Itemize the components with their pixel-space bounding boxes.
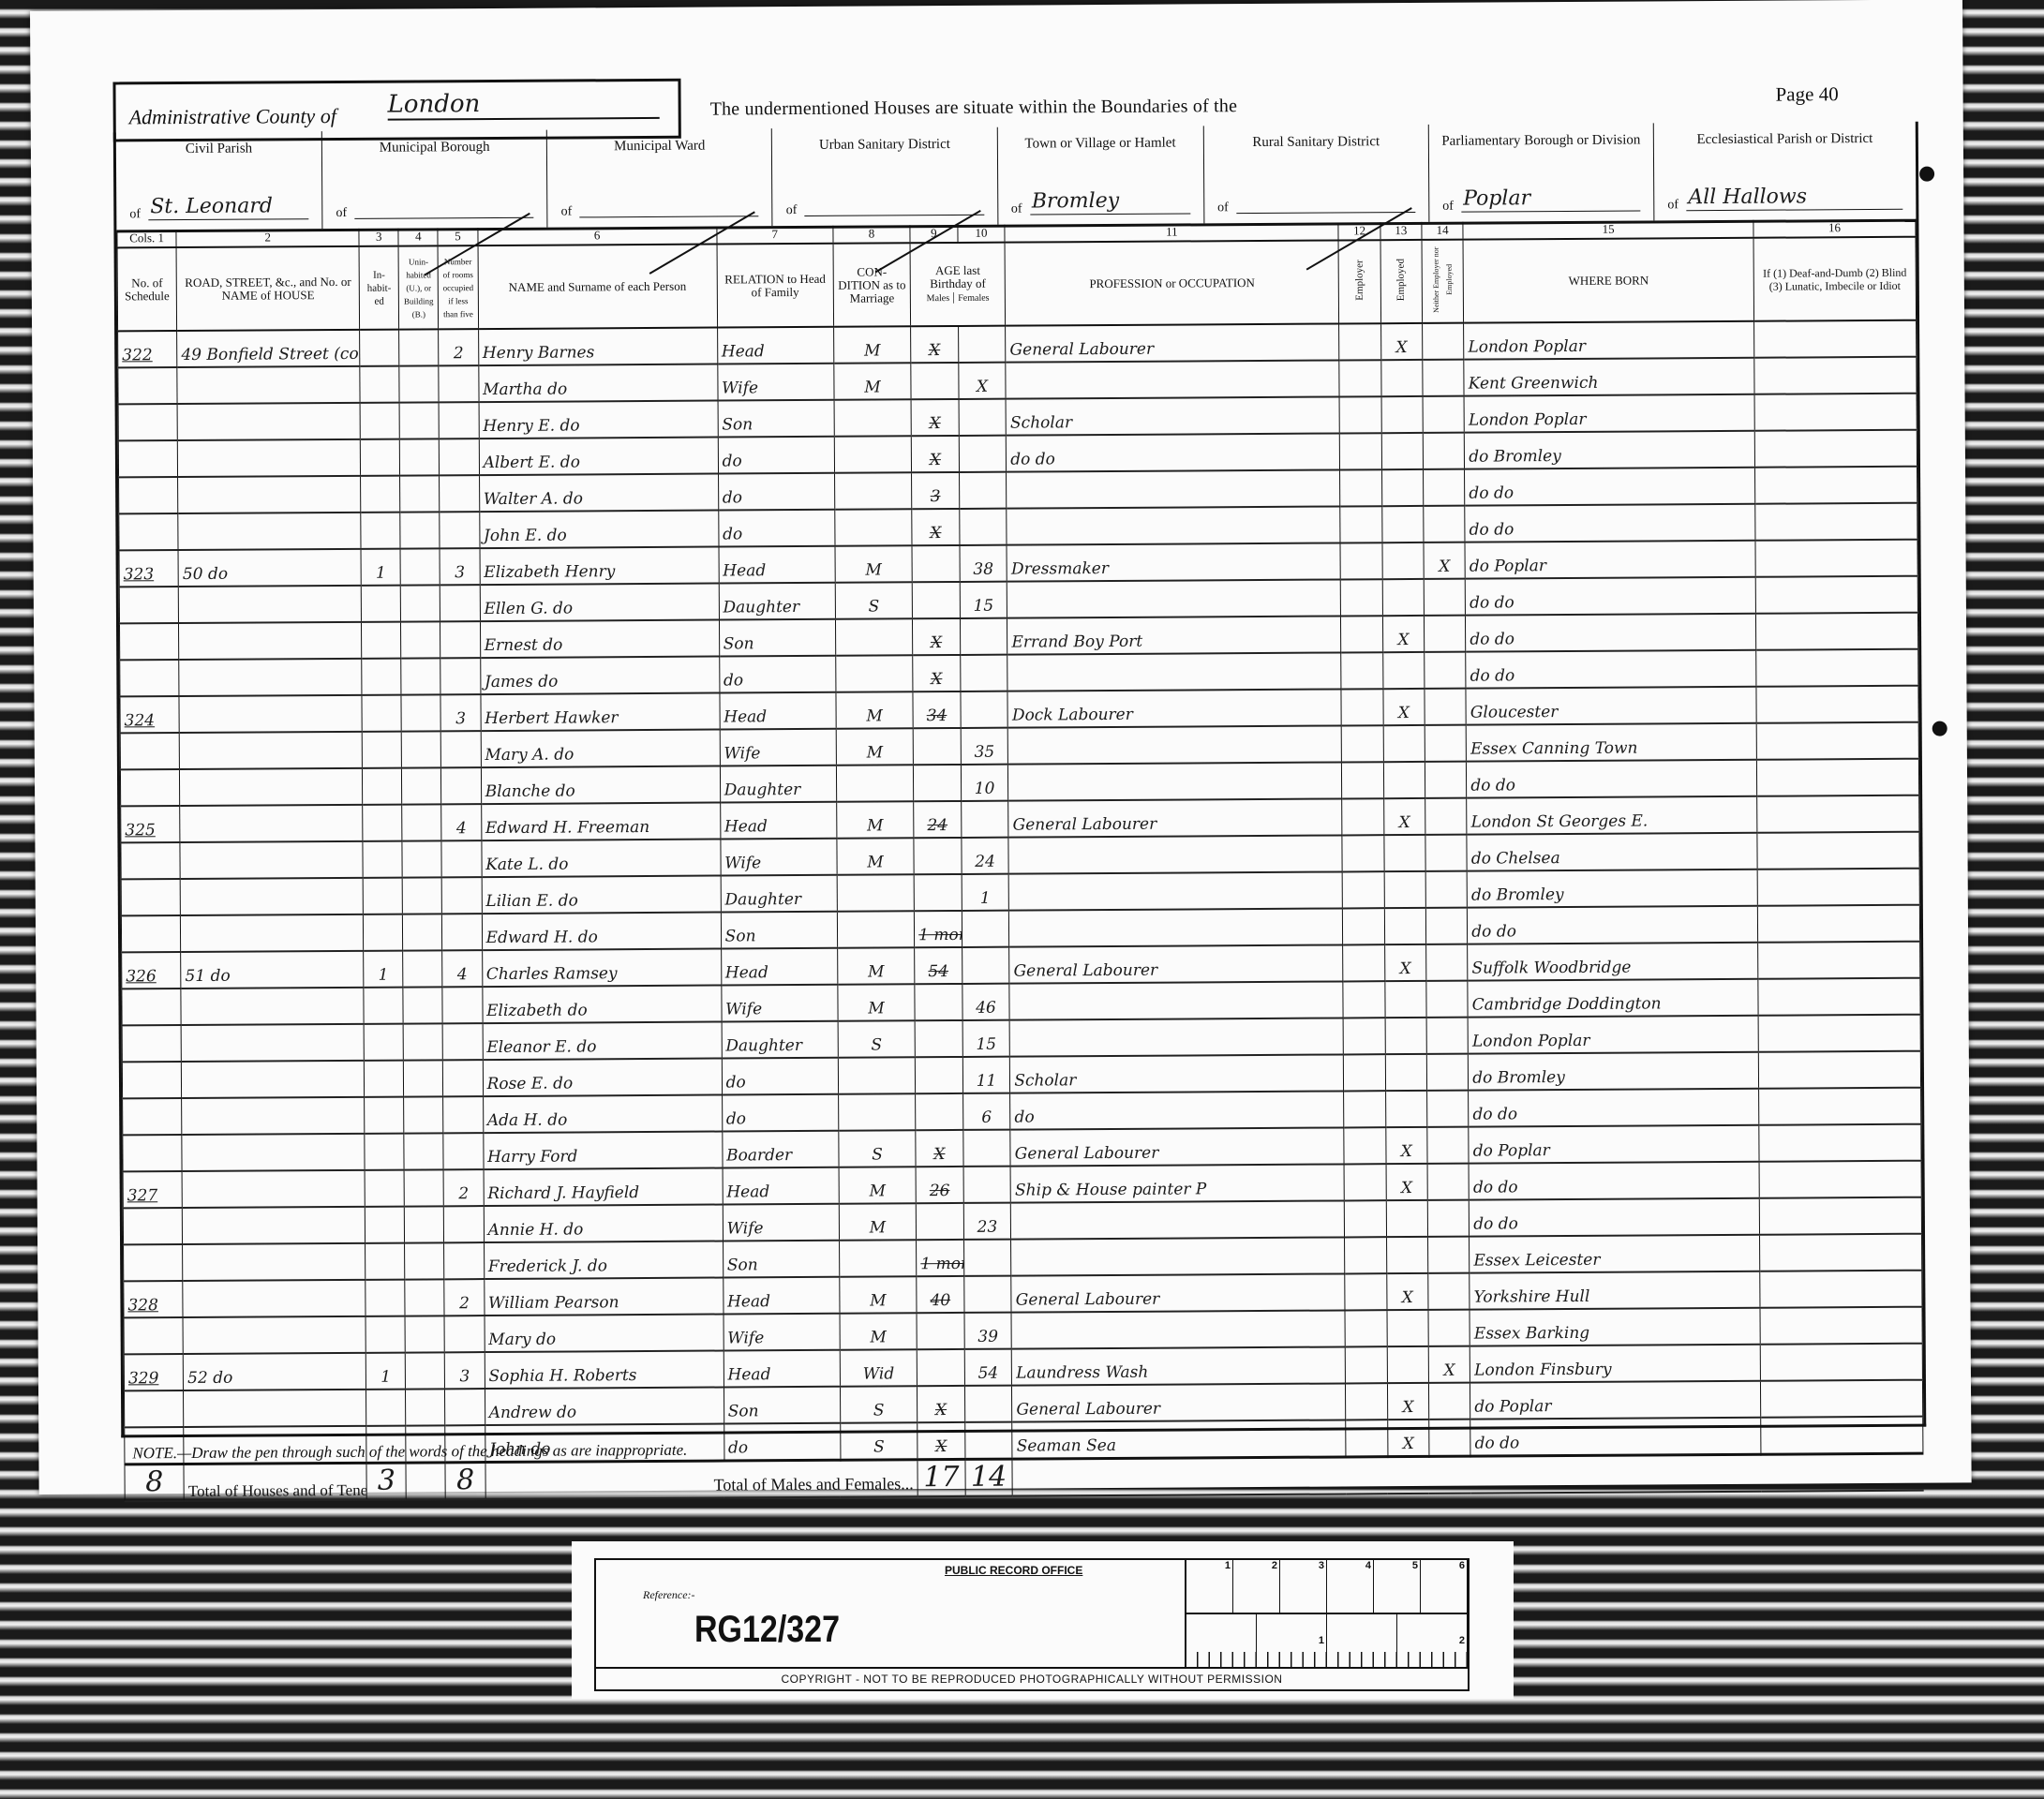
cell-name: Lilian E. do (482, 876, 721, 914)
cell-name: Henry E. do (479, 401, 718, 439)
cell-occ: Scholar (1006, 396, 1339, 435)
cell-born: do do (1468, 906, 1758, 944)
cell-rel: do (718, 473, 835, 511)
cell-rel: Wife (721, 985, 838, 1022)
of-label: of (561, 204, 573, 219)
cell-born: do Poplar (1470, 1381, 1761, 1420)
district-municipal-ward: Municipal Wardof (547, 128, 773, 227)
cell-occ: General Labourer (1010, 1127, 1344, 1166)
cell-rel: Son (721, 912, 838, 949)
cell-ed: X (1386, 1273, 1427, 1310)
column-number: 15 (1463, 220, 1753, 240)
cell-inhab (360, 439, 399, 476)
col-females: Females (958, 292, 989, 303)
cell-rel: Wife (724, 1314, 841, 1351)
cell-blank (1760, 1234, 1922, 1271)
cell-inhab (363, 841, 402, 878)
cell-blank (1761, 1380, 1923, 1418)
cell-f: X (959, 363, 1007, 399)
cell-inhab (360, 330, 399, 366)
district-urban-sanitary-district: Urban Sanitary Districtof (772, 127, 998, 226)
district-ecclesiastical-parish-or-district: Ecclesiastical Parish or DistrictofAll H… (1654, 122, 1917, 221)
cell-m: X (911, 436, 959, 472)
of-label: of (786, 203, 798, 218)
cell-rel: do (719, 656, 836, 693)
column-number: 7 (717, 226, 833, 245)
cell-address (180, 768, 363, 806)
cell-ed (1381, 433, 1423, 469)
cell-ed (1385, 981, 1426, 1018)
cell-cond: M (836, 728, 913, 766)
total-rooms: 8 (445, 1463, 485, 1500)
cell-rooms: 4 (442, 950, 482, 987)
cell-sched: 324 (120, 696, 179, 733)
cell-cond (834, 399, 911, 437)
column-number: 5 (438, 228, 477, 245)
cell-rel: Head (724, 1350, 841, 1388)
cell-m (914, 765, 962, 801)
cell-address (179, 732, 362, 769)
cell-blank (1758, 1015, 1920, 1052)
cell-blank (1756, 686, 1918, 723)
cell-er (1339, 323, 1380, 360)
cell-blank (402, 840, 441, 877)
cell-sched (121, 915, 180, 952)
cell-rooms: 2 (444, 1169, 484, 1206)
cell-nei (1423, 469, 1464, 506)
ruler-mark: 2 (1397, 1614, 1468, 1667)
of-label: of (1667, 198, 1678, 213)
cell-nei (1425, 798, 1467, 835)
cell-blank (1756, 649, 1918, 687)
cell-rel: Son (718, 400, 835, 438)
cell-address (178, 439, 361, 477)
of-label: of (336, 206, 347, 221)
column-number: 12 (1338, 222, 1380, 240)
cell-sched (123, 1135, 182, 1171)
cell-ed (1382, 652, 1424, 689)
of-label: of (1217, 201, 1229, 216)
cell-rel: Son (719, 619, 836, 657)
cell-blank (401, 585, 440, 621)
cell-rel: Head (720, 802, 837, 840)
cell-rooms: 3 (440, 694, 480, 731)
cell-f (959, 399, 1007, 436)
cell-rooms: 2 (439, 329, 478, 365)
cell-rel: Wife (721, 839, 838, 876)
of-label: of (1011, 202, 1022, 217)
cell-m (914, 874, 962, 911)
cell-rel: do (718, 437, 835, 474)
cell-rel: Daughter (720, 766, 837, 803)
cell-blank (1757, 795, 1919, 833)
cell-rooms (440, 475, 479, 512)
cell-occ (1007, 652, 1341, 691)
cell-blank (403, 1023, 442, 1060)
cell-blank (403, 950, 442, 987)
cell-address (182, 1097, 365, 1135)
column-number: 4 (398, 228, 438, 245)
cell-inhab (366, 1243, 405, 1280)
cell-blank (1759, 1197, 1921, 1235)
cell-er (1341, 616, 1382, 652)
column-number: Cols. 1 (117, 230, 176, 247)
col-name: NAME and Surname of each Person (478, 245, 718, 330)
cell-nei (1428, 1383, 1470, 1420)
cell-sched (120, 769, 179, 806)
cell-blank (406, 1352, 445, 1389)
cell-address: 52 do (183, 1353, 366, 1390)
cell-sched (119, 513, 178, 550)
total-females: 14 (965, 1459, 1013, 1496)
cell-er (1343, 908, 1384, 944)
cell-rooms (444, 1242, 484, 1279)
cell-inhab (364, 988, 403, 1024)
cell-inhab (365, 1207, 404, 1243)
cell-ed: X (1386, 1164, 1427, 1200)
column-number: 6 (478, 227, 717, 246)
cell-name: Eleanor E. do (483, 1022, 722, 1061)
cell-inhab (362, 659, 401, 695)
of-label: of (1442, 200, 1454, 215)
district-heading: Parliamentary Borough or Division (1429, 132, 1653, 148)
cell-name: Blanche do (481, 766, 720, 805)
cell-rel: Head (719, 546, 836, 584)
cell-m (914, 838, 962, 874)
district-parliamentary-borough-or-division: Parliamentary Borough or DivisionofPopla… (1429, 123, 1655, 221)
district-heading: Urban Sanitary District (772, 137, 996, 153)
cell-address (180, 878, 363, 915)
col-age-label: AGE last Birthday of (930, 262, 986, 290)
cell-rooms (439, 365, 478, 402)
district-value: Poplar (1463, 186, 1530, 210)
column-number: 13 (1380, 222, 1422, 240)
cell-name: Walter A. do (479, 474, 718, 513)
cell-f (961, 691, 1008, 728)
cell-sched: 328 (124, 1281, 183, 1317)
cell-f: 38 (960, 545, 1007, 582)
cell-ed (1385, 1018, 1426, 1054)
cell-name: Kate L. do (482, 840, 721, 878)
district-value: St. Leonard (150, 194, 273, 218)
cell-sched: 325 (121, 806, 180, 842)
cell-inhab: 1 (366, 1353, 405, 1390)
cell-m: X (918, 1422, 965, 1460)
cell-ed (1385, 1091, 1426, 1127)
cell-inhab (365, 1134, 404, 1170)
col-rooms: Number of rooms occupied if less than fi… (438, 245, 478, 329)
cell-blank (1760, 1271, 1922, 1308)
cell-inhab (364, 914, 403, 951)
cell-nei (1423, 433, 1464, 469)
col-employer-label: Employer (1353, 260, 1366, 301)
cell-er (1344, 1018, 1385, 1054)
cell-blank (1754, 357, 1917, 394)
boundaries-banner: The undermentioned Houses are situate wi… (710, 96, 1238, 120)
cell-occ: do (1010, 1091, 1344, 1129)
district-heading: Civil Parish (116, 141, 321, 156)
cell-blank (1760, 1307, 1922, 1345)
totals-blank (1012, 1453, 1923, 1495)
cell-rooms: 2 (444, 1279, 484, 1316)
cell-cond: M (839, 1203, 916, 1241)
cell-born: do Chelsea (1467, 833, 1757, 871)
cell-nei (1424, 579, 1465, 616)
cell-rel: Wife (717, 364, 834, 401)
cell-m: 1 month (917, 1240, 964, 1276)
cell-m (912, 545, 960, 582)
cell-occ (1008, 871, 1342, 910)
col-uninhabited: Unin-habited (U.), or Building (B.) (398, 245, 439, 329)
cell-rel: Wife (723, 1204, 840, 1241)
cell-blank (401, 621, 440, 658)
cell-born: do do (1466, 614, 1756, 652)
cell-born: Suffolk Woodbridge (1468, 943, 1758, 981)
cell-blank (399, 329, 439, 365)
cell-er (1346, 1420, 1387, 1457)
cell-ed: X (1383, 798, 1425, 835)
cell-er (1345, 1310, 1386, 1346)
district-line (355, 217, 534, 219)
column-number: 9 (910, 225, 958, 243)
cell-nei (1427, 1164, 1469, 1200)
cell-blank (400, 475, 440, 512)
cell-blank (400, 439, 440, 475)
cell-born: London Poplar (1468, 1016, 1758, 1054)
census-rows: 32249 Bonfield Street (contd)2Henry Barn… (118, 320, 1923, 1464)
district-headers: Civil ParishofSt. LeonardMunicipal Borou… (116, 122, 1917, 233)
cell-occ (1008, 762, 1342, 800)
cell-born: do Bromley (1469, 1052, 1759, 1091)
cell-m (912, 582, 960, 618)
cell-cond: M (837, 801, 914, 839)
cell-f (959, 472, 1007, 509)
cell-born: Yorkshire Hull (1470, 1271, 1760, 1310)
cell-born: Essex Barking (1470, 1308, 1760, 1346)
cell-rel: Head (723, 1277, 840, 1315)
cell-rooms (441, 767, 481, 804)
col-relation: RELATION to Head of Family (717, 244, 834, 328)
district-municipal-borough: Municipal Boroughof (322, 130, 548, 229)
cell-f (963, 1167, 1011, 1203)
cell-nei (1427, 1200, 1469, 1237)
cell-f (964, 1422, 1012, 1460)
cell-cond (838, 1057, 915, 1094)
cell-occ: do do (1007, 433, 1340, 471)
cell-m (911, 363, 959, 399)
cell-occ: General Labourer (1012, 1383, 1346, 1421)
cell-address (178, 476, 361, 513)
cell-f (962, 911, 1009, 947)
cell-f: 11 (962, 1057, 1010, 1093)
admin-county-label: Administrative County of (129, 104, 336, 129)
cell-er (1344, 1054, 1385, 1091)
cell-blank (403, 987, 442, 1023)
cell-inhab (366, 1316, 405, 1353)
cell-cond: S (841, 1422, 918, 1460)
cell-rooms (442, 877, 482, 914)
cell-blank (1755, 576, 1917, 614)
cell-f (963, 1130, 1011, 1167)
cell-er (1339, 360, 1380, 396)
cell-rel: do (722, 1094, 839, 1132)
cell-er (1344, 1127, 1385, 1164)
cell-born: Essex Leicester (1470, 1235, 1760, 1273)
cell-ed (1387, 1346, 1428, 1383)
district-heading: Municipal Ward (547, 138, 771, 154)
cell-born: do do (1470, 1418, 1761, 1456)
cell-sched: 322 (118, 331, 177, 367)
cell-m: X (913, 618, 961, 655)
cell-er (1343, 944, 1384, 981)
cell-name: Charles Ramsey (482, 949, 721, 988)
cell-er (1340, 433, 1381, 469)
cell-name: Ernest do (480, 620, 719, 659)
cell-born: do Poplar (1465, 541, 1755, 579)
cell-nei (1429, 1420, 1470, 1457)
census-table: Cols. 12345678910111213141516 No. of Sch… (116, 219, 1923, 1503)
cell-occ: General Labourer (1009, 944, 1343, 983)
column-number: 16 (1753, 219, 1916, 238)
total-males: 17 (918, 1459, 965, 1496)
cell-inhab (361, 586, 400, 622)
cell-born: do do (1465, 577, 1755, 616)
column-number: 3 (359, 229, 398, 246)
cell-f: 24 (962, 838, 1009, 874)
cell-sched (118, 404, 177, 440)
district-line (1461, 211, 1640, 213)
district-line (1236, 212, 1415, 214)
cell-rooms (441, 840, 481, 877)
cell-rel: Head (720, 692, 837, 730)
cell-occ (1009, 981, 1343, 1019)
cell-occ: Dressmaker (1007, 543, 1340, 581)
cell-occ (1011, 1310, 1345, 1348)
cell-er (1345, 1164, 1386, 1200)
cell-occ: Ship & House painter P (1010, 1164, 1344, 1202)
cell-m (917, 1349, 964, 1386)
cell-f: 54 (964, 1349, 1012, 1386)
cell-inhab: 1 (364, 951, 403, 988)
cell-blank (405, 1279, 444, 1316)
cell-name: Richard J. Hayfield (484, 1168, 723, 1207)
cell-er (1340, 396, 1381, 433)
cell-nei (1424, 616, 1465, 652)
cell-cond: M (838, 947, 915, 985)
cell-sched (121, 879, 180, 915)
cell-name: Rose E. do (483, 1059, 722, 1097)
cell-m: X (918, 1386, 965, 1422)
ruler-mark: 1 (1186, 1560, 1233, 1613)
cell-address (184, 1390, 366, 1427)
cell-cond (834, 472, 911, 510)
cell-ed (1381, 360, 1423, 396)
col-neither: Neither Employer nor Employed (1422, 240, 1464, 323)
cell-m (916, 1203, 963, 1240)
cell-blank (403, 914, 442, 950)
cell-f: 39 (964, 1313, 1012, 1349)
cell-sched (120, 733, 179, 769)
cell-ed: X (1382, 616, 1424, 652)
cell-born: do do (1466, 650, 1756, 689)
cell-address (179, 622, 362, 660)
cell-ed (1387, 1310, 1428, 1346)
district-line (1030, 213, 1190, 215)
cell-blank (1758, 978, 1920, 1016)
cell-sched (119, 623, 178, 660)
cell-m: 3 (912, 472, 960, 509)
cell-blank (399, 402, 439, 439)
cell-ed (1386, 1237, 1427, 1273)
cell-blank (1756, 759, 1918, 796)
cell-f (963, 1276, 1011, 1313)
cell-f (960, 618, 1007, 655)
cell-sched: 326 (122, 952, 181, 989)
cell-address (180, 805, 363, 842)
cell-rel: do (718, 510, 835, 547)
column-number: 11 (1005, 222, 1338, 242)
cell-rooms (440, 621, 480, 658)
district-line (1686, 209, 1902, 211)
cell-nei (1425, 871, 1467, 908)
cell-name: John E. do (479, 511, 718, 549)
cell-occ (1009, 1018, 1343, 1056)
cell-address (183, 1280, 366, 1317)
cell-ed (1384, 835, 1425, 871)
cell-cond (835, 618, 912, 656)
cell-born: do do (1465, 504, 1755, 543)
cell-inhab (366, 1390, 406, 1426)
cell-blank (405, 1206, 444, 1242)
cell-sched (123, 1208, 182, 1244)
cell-inhab (365, 1097, 404, 1134)
cell-f: 1 (962, 874, 1009, 911)
col-occupation: PROFESSION or OCCUPATION (1005, 240, 1339, 325)
cell-name: Edward H. Freeman (481, 803, 720, 841)
cell-rel: Daughter (721, 875, 838, 913)
cell-rooms (443, 1060, 483, 1096)
cell-born: do do (1467, 760, 1757, 798)
punch-hole (1919, 167, 1934, 182)
cell-occ: General Labourer (1011, 1273, 1345, 1312)
cell-nei (1425, 725, 1466, 762)
cell-rooms (443, 1096, 483, 1133)
cell-name: James do (480, 657, 719, 695)
cell-inhab (362, 695, 401, 732)
cell-sched (124, 1390, 183, 1427)
cell-er (1345, 1273, 1386, 1310)
cell-inhab (361, 476, 400, 513)
district-line (580, 216, 759, 217)
cell-address: 50 do (178, 549, 361, 587)
cell-nei (1427, 1091, 1469, 1127)
cell-inhab (360, 403, 399, 439)
cell-m: X (911, 326, 959, 363)
cell-name: Edward H. do (482, 913, 721, 951)
cell-f: 35 (961, 728, 1008, 765)
cell-sched (122, 1025, 181, 1062)
cell-blank (400, 548, 440, 585)
cell-sched (122, 989, 181, 1025)
cell-ed (1384, 908, 1425, 944)
cell-er (1341, 652, 1382, 689)
col-infirmity: If (1) Deaf-and-Dumb (2) Blind (3) Lunat… (1753, 237, 1916, 321)
reference-label: Reference:- (643, 1588, 695, 1602)
ruler-inch: 12 (1186, 1614, 1468, 1667)
col-employer: Employer (1339, 240, 1381, 323)
col-employed-label: Employed (1395, 259, 1408, 301)
cell-nei (1425, 908, 1467, 944)
